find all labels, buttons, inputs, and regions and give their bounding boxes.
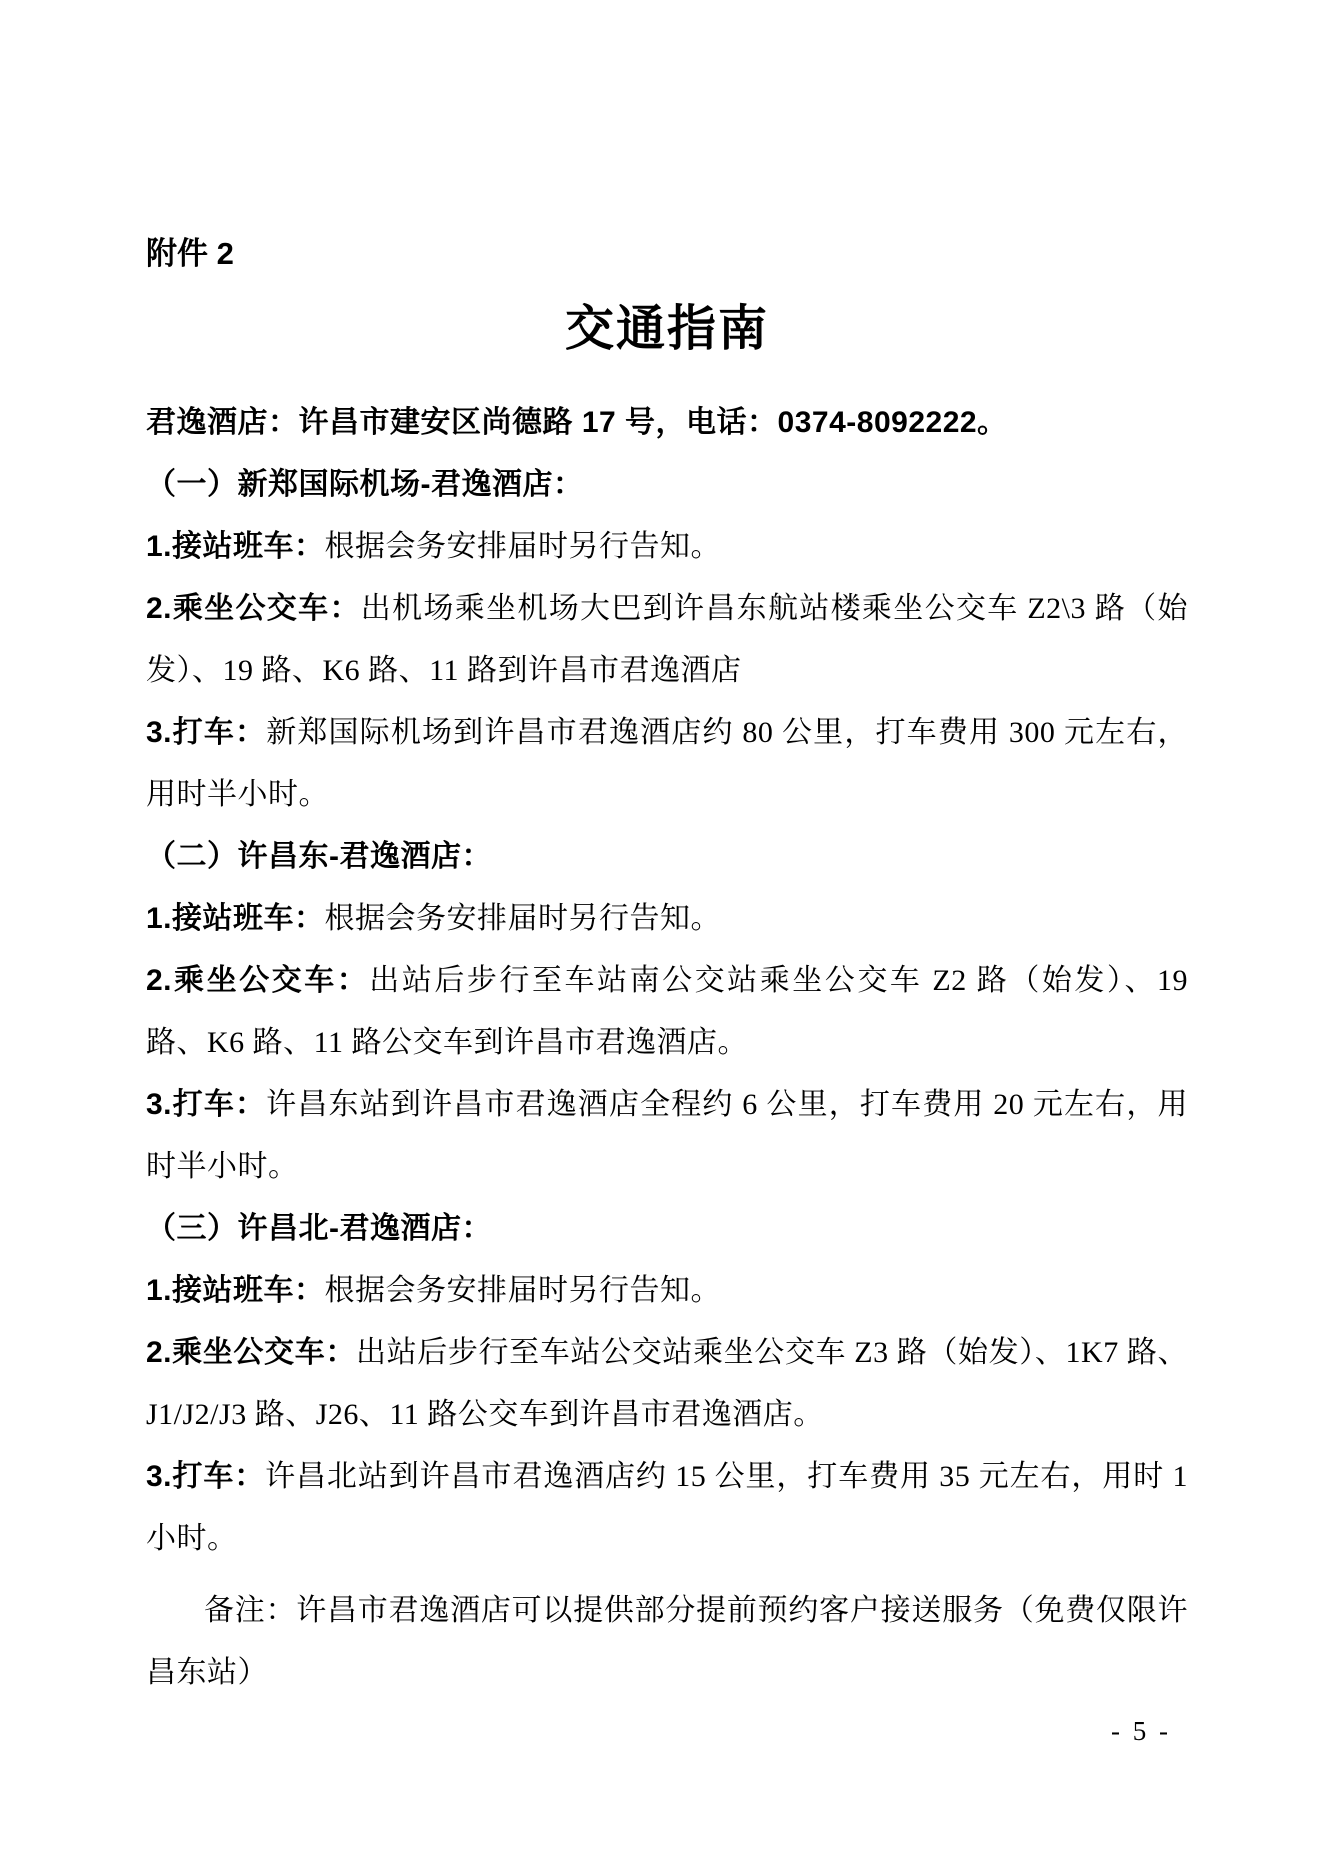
- section-2-heading: （二）许昌东-君逸酒店：: [146, 826, 1188, 888]
- item-label: 2.乘坐公交车：: [146, 592, 361, 625]
- section-2-item-3: 3.打车：许昌东站到许昌市君逸酒店全程约 6 公里，打车费用 20 元左右，用时…: [146, 1074, 1188, 1198]
- section-1-item-3: 3.打车：新郑国际机场到许昌市君逸酒店约 80 公里，打车费用 300 元左右，…: [146, 702, 1188, 826]
- section-1-item-2: 2.乘坐公交车：出机场乘坐机场大巴到许昌东航站楼乘坐公交车 Z2\3 路（始发）…: [146, 578, 1188, 702]
- item-text: 根据会务安排届时另行告知。: [325, 1274, 722, 1307]
- item-label: 1.接站班车：: [146, 902, 325, 935]
- hotel-info-line: 君逸酒店：许昌市建安区尚德路 17 号，电话：0374-8092222。: [146, 392, 1188, 454]
- page-number: - 5 -: [1111, 1716, 1171, 1747]
- item-label: 1.接站班车：: [146, 1274, 325, 1307]
- section-3-heading: （三）许昌北-君逸酒店：: [146, 1198, 1188, 1260]
- section-1-heading: （一）新郑国际机场-君逸酒店：: [146, 454, 1188, 516]
- item-label: 3.打车：: [146, 1088, 266, 1121]
- item-label: 3.打车：: [146, 1460, 265, 1493]
- section-2-item-2: 2.乘坐公交车：出站后步行至车站南公交站乘坐公交车 Z2 路（始发）、19 路、…: [146, 950, 1188, 1074]
- item-text: 许昌北站到许昌市君逸酒店约 15 公里，打车费用 35 元左右，用时 1 小时。: [146, 1460, 1188, 1555]
- document-content: 附件 2 交通指南 君逸酒店：许昌市建安区尚德路 17 号，电话：0374-80…: [146, 0, 1188, 1704]
- section-2-item-1: 1.接站班车：根据会务安排届时另行告知。: [146, 888, 1188, 950]
- section-1-item-1: 1.接站班车：根据会务安排届时另行告知。: [146, 516, 1188, 578]
- document-page: 附件 2 交通指南 君逸酒店：许昌市建安区尚德路 17 号，电话：0374-80…: [0, 0, 1323, 1871]
- note-paragraph: 备注：许昌市君逸酒店可以提供部分提前预约客户接送服务（免费仅限许昌东站）: [146, 1580, 1188, 1704]
- section-3-item-3: 3.打车：许昌北站到许昌市君逸酒店约 15 公里，打车费用 35 元左右，用时 …: [146, 1446, 1188, 1570]
- document-body: 君逸酒店：许昌市建安区尚德路 17 号，电话：0374-8092222。 （一）…: [146, 392, 1188, 1704]
- item-label: 2.乘坐公交车：: [146, 964, 369, 997]
- item-text: 根据会务安排届时另行告知。: [325, 902, 722, 935]
- item-label: 2.乘坐公交车：: [146, 1336, 356, 1369]
- page-title: 交通指南: [146, 300, 1188, 358]
- item-label: 3.打车：: [146, 716, 266, 749]
- item-text: 根据会务安排届时另行告知。: [325, 530, 722, 563]
- section-3-item-1: 1.接站班车：根据会务安排届时另行告知。: [146, 1260, 1188, 1322]
- section-3-item-2: 2.乘坐公交车：出站后步行至车站公交站乘坐公交车 Z3 路（始发）、1K7 路、…: [146, 1322, 1188, 1446]
- attachment-label: 附件 2: [146, 234, 1188, 274]
- item-text: 许昌东站到许昌市君逸酒店全程约 6 公里，打车费用 20 元左右，用时半小时。: [146, 1088, 1188, 1183]
- item-label: 1.接站班车：: [146, 530, 325, 563]
- item-text: 新郑国际机场到许昌市君逸酒店约 80 公里，打车费用 300 元左右，用时半小时…: [146, 716, 1188, 811]
